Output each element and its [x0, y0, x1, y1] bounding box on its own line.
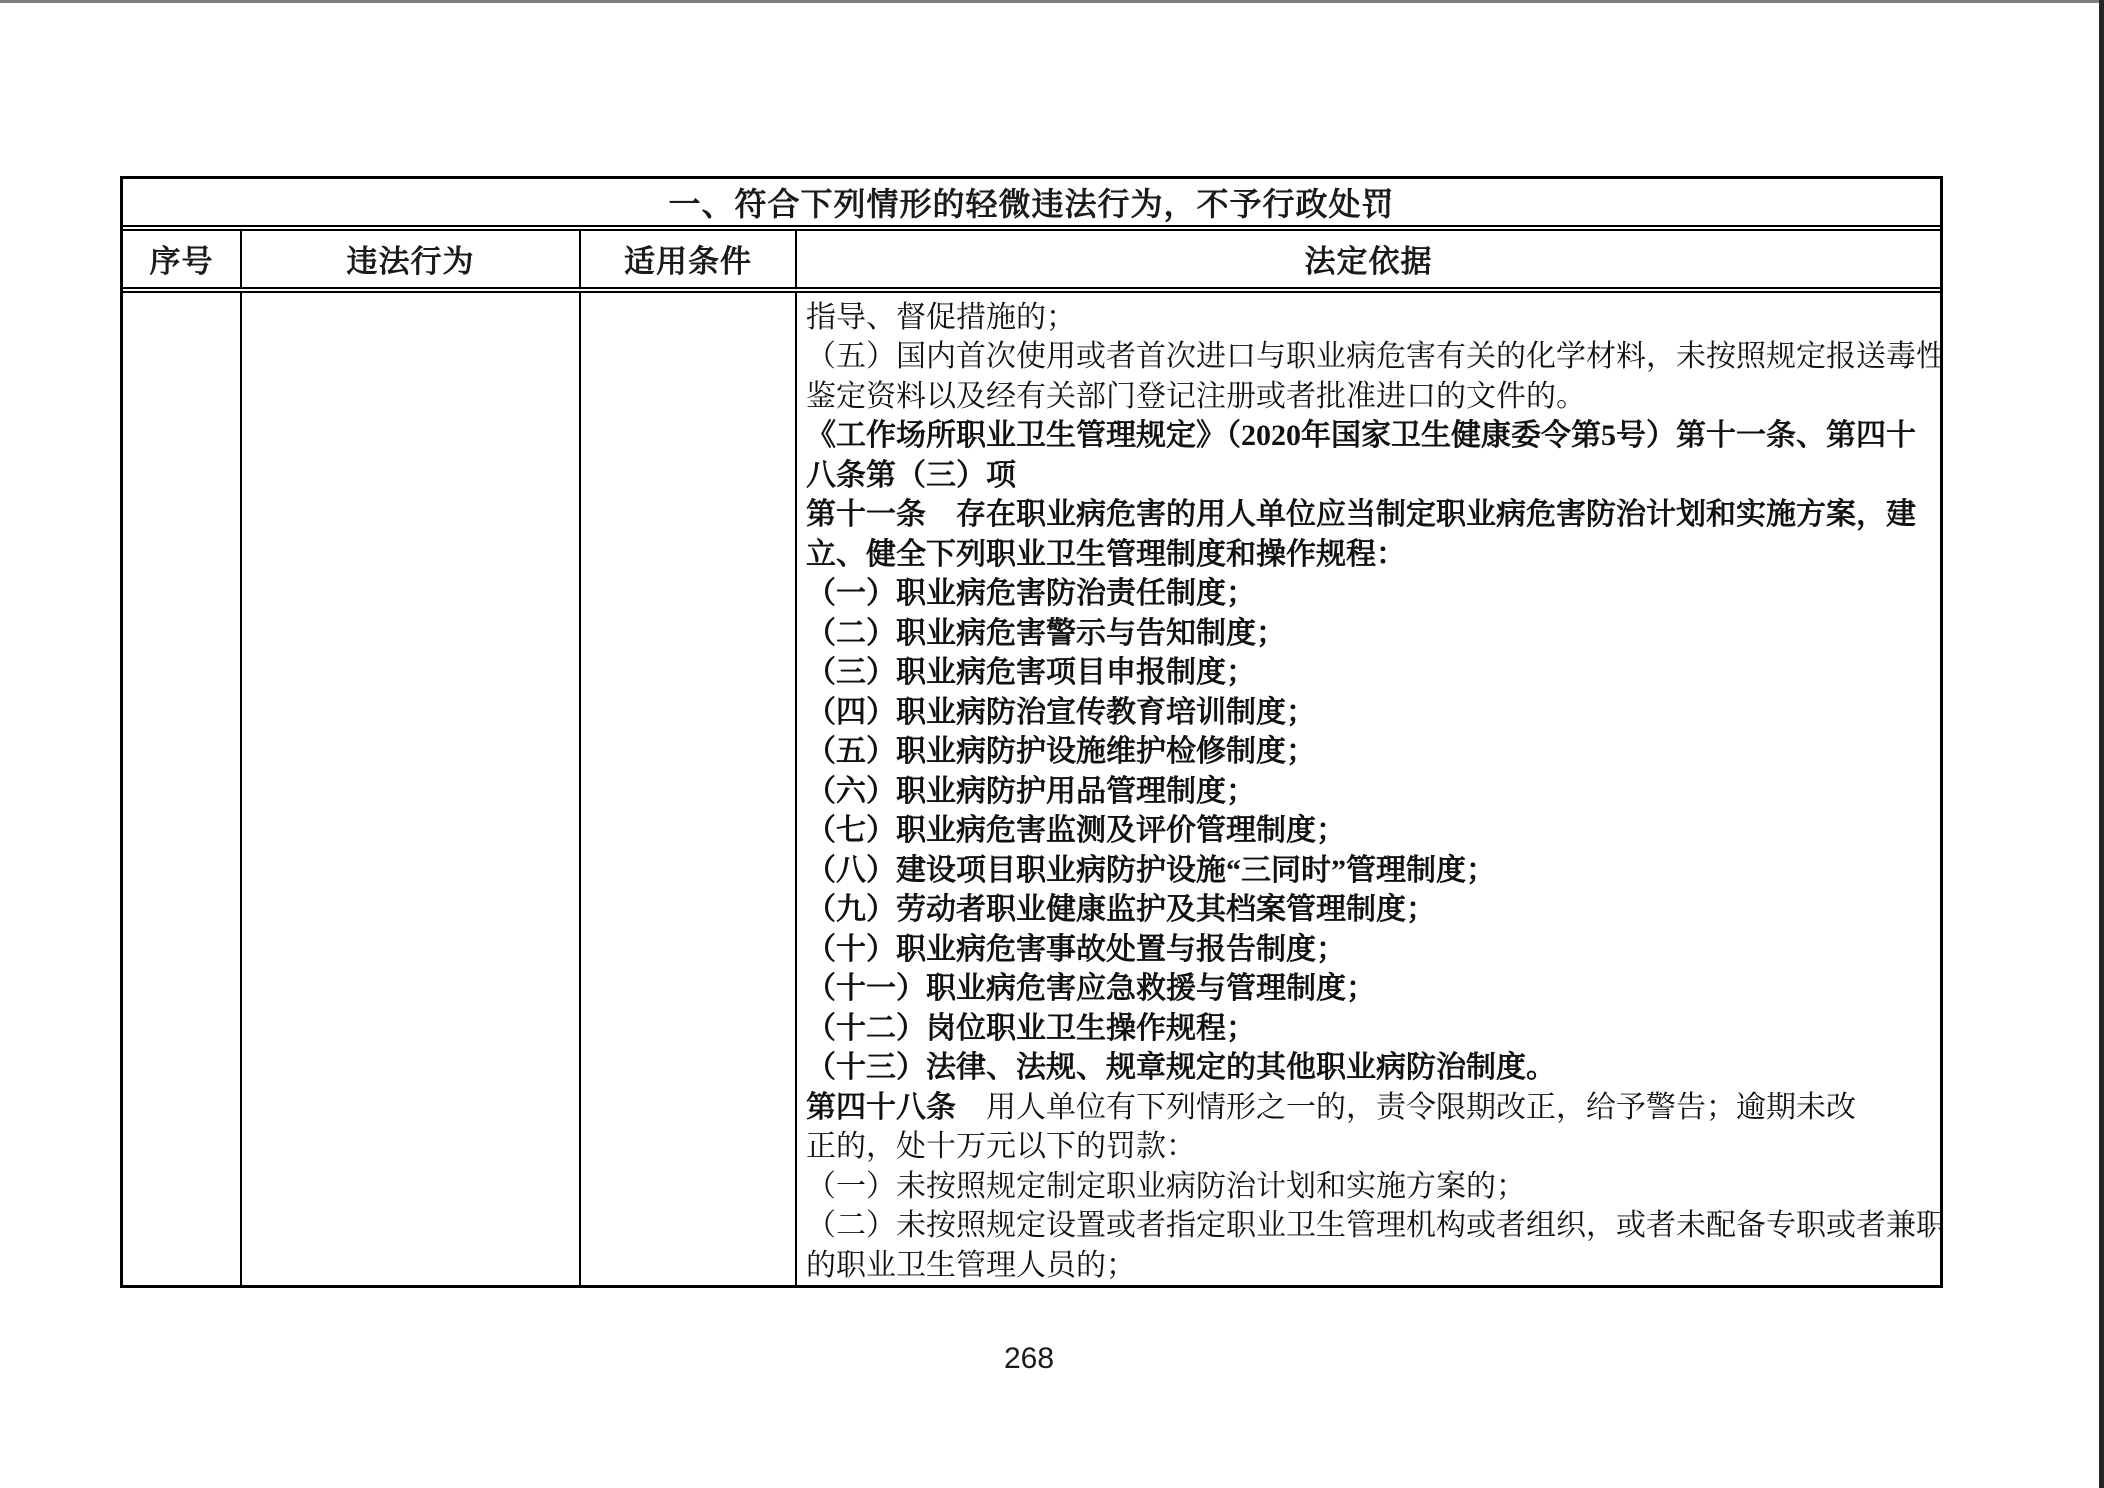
scan-edge-top [0, 0, 2104, 3]
legal-basis-line: （六）职业病防护用品管理制度； [806, 772, 1936, 812]
legal-basis-line: 鉴定资料以及经有关部门登记注册或者批准进口的文件的。 [806, 377, 1936, 417]
legal-basis-line: （四）职业病防治宣传教育培训制度； [806, 693, 1936, 733]
document-page: 一、符合下列情形的轻微违法行为，不予行政处罚 序号 违法行为 适用条件 法定依据… [0, 0, 2104, 1488]
legal-basis-line: （七）职业病危害监测及评价管理制度； [806, 811, 1936, 851]
legal-basis-line: （五）国内首次使用或者首次进口与职业病危害有关的化学材料，未按照规定报送毒性 [806, 337, 1936, 377]
legal-basis-line: 立、健全下列职业卫生管理制度和操作规程： [806, 535, 1936, 575]
cell-condition [581, 293, 797, 1286]
legal-basis-line: （九）劳动者职业健康监护及其档案管理制度； [806, 890, 1936, 930]
legal-basis-lines: 指导、督促措施的；（五）国内首次使用或者首次进口与职业病危害有关的化学材料，未按… [806, 298, 1936, 1286]
table-header-row: 序号 违法行为 适用条件 法定依据 [123, 231, 1940, 293]
scan-edge-right [2099, 0, 2104, 1488]
legal-basis-line: （一）职业病危害防治责任制度； [806, 574, 1936, 614]
legal-basis-line: （二）未按照规定设置或者指定职业卫生管理机构或者组织，或者未配备专职或者兼职 [806, 1206, 1936, 1246]
table-title-row: 一、符合下列情形的轻微违法行为，不予行政处罚 [123, 179, 1940, 231]
table-title: 一、符合下列情形的轻微违法行为，不予行政处罚 [668, 179, 1394, 225]
violation-table: 一、符合下列情形的轻微违法行为，不予行政处罚 序号 违法行为 适用条件 法定依据… [120, 176, 1943, 1288]
legal-basis-line: 《工作场所职业卫生管理规定》（2020年国家卫生健康委令第5号）第十一条、第四十 [806, 416, 1936, 456]
column-header-legal-basis: 法定依据 [797, 231, 1940, 287]
page-number: 268 [0, 1342, 2058, 1376]
legal-basis-line: （八）建设项目职业病防护设施“三同时”管理制度； [806, 851, 1936, 891]
column-header-serial: 序号 [123, 231, 242, 287]
cell-serial [123, 293, 242, 1286]
legal-basis-line: 八条第（三）项 [806, 456, 1936, 496]
legal-basis-line: （二）职业病危害警示与告知制度； [806, 614, 1936, 654]
legal-basis-line: （三）职业病危害项目申报制度； [806, 653, 1936, 693]
legal-basis-line: （五）职业病防护设施维护检修制度； [806, 732, 1936, 772]
cell-violation [242, 293, 581, 1286]
legal-basis-line: 第四十八条 用人单位有下列情形之一的，责令限期改正，给予警告；逾期未改 [806, 1088, 1936, 1128]
column-header-condition: 适用条件 [581, 231, 797, 287]
legal-basis-line: （十一）职业病危害应急救援与管理制度； [806, 969, 1936, 1009]
legal-basis-line: （十二）岗位职业卫生操作规程； [806, 1009, 1936, 1049]
cell-legal-basis: 指导、督促措施的；（五）国内首次使用或者首次进口与职业病危害有关的化学材料，未按… [797, 293, 1940, 1286]
legal-basis-line: 正的，处十万元以下的罚款： [806, 1127, 1936, 1167]
legal-basis-line: （一）未按照规定制定职业病防治计划和实施方案的； [806, 1167, 1936, 1207]
table-body-row: 指导、督促措施的；（五）国内首次使用或者首次进口与职业病危害有关的化学材料，未按… [123, 293, 1940, 1286]
legal-basis-line: 第十一条 存在职业病危害的用人单位应当制定职业病危害防治计划和实施方案，建 [806, 495, 1936, 535]
column-header-violation: 违法行为 [242, 231, 581, 287]
legal-basis-line: 指导、督促措施的； [806, 298, 1936, 338]
legal-basis-line: （十）职业病危害事故处置与报告制度； [806, 930, 1936, 970]
legal-basis-line: 的职业卫生管理人员的； [806, 1246, 1936, 1286]
legal-basis-line: （十三）法律、法规、规章规定的其他职业病防治制度。 [806, 1048, 1936, 1088]
